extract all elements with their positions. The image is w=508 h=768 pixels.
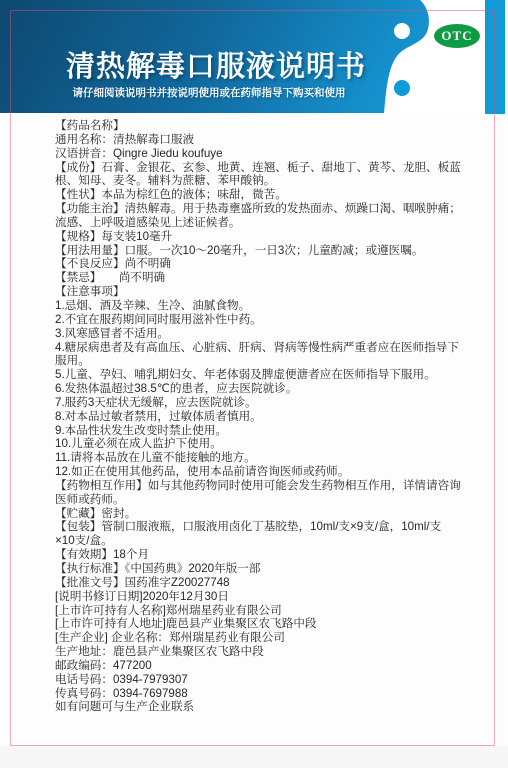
body-line: [上市许可持有人名称]郑州瑞星药业有限公司 <box>55 604 475 618</box>
leaflet-subtitle: 请仔细阅读说明书并按说明使用或在药师指导下购买和使用 <box>0 85 418 100</box>
body-line: 【规格】每支装10毫升 <box>55 230 475 244</box>
body-line: 生产地址：鹿邑县产业集聚区农飞路中段 <box>55 645 475 659</box>
body-line: 5.儿童、孕妇、哺乳期妇女、年老体弱及脾虚便溏者应在医师指导下服用。 <box>55 368 475 382</box>
drug-leaflet-page: { "header": { "title": "清热解毒口服液说明书", "su… <box>0 0 508 768</box>
body-line: 7.服药3天症状无缓解，应去医院就诊。 <box>55 396 475 410</box>
leaflet-body: 【药品名称】通用名称：清热解毒口服液汉语拼音：Qingre Jiedu kouf… <box>55 119 475 714</box>
body-line: 【注意事项】 <box>55 285 475 299</box>
page-bottom-margin <box>0 746 508 768</box>
otc-logo-label: OTC <box>441 28 472 44</box>
body-line: 【成份】石膏、金银花、玄参、地黄、连翘、栀子、甜地丁、黄芩、龙胆、板蓝 <box>55 161 475 175</box>
body-line: 6.发热体温超过38.5℃的患者，应去医院就诊。 <box>55 382 475 396</box>
body-line: 【用法用量】口服。一次10～20毫升，一日3次；儿童酌减；或遵医嘱。 <box>55 244 475 258</box>
header-right-accent-bar <box>485 0 505 114</box>
body-line: 电话号码：0394-7979307 <box>55 673 475 687</box>
body-line: 传真号码：0394-7697988 <box>55 687 475 701</box>
body-line: 8.对本品过敏者禁用，过敏体质者慎用。 <box>55 410 475 424</box>
body-line: 如有问题可与生产企业联系 <box>55 700 475 714</box>
body-line: [生产企业] 企业名称：郑州瑞星药业有限公司 <box>55 631 475 645</box>
body-line: 【性状】本品为棕红色的液体；味甜，微苦。 <box>55 188 475 202</box>
body-line: 【药物相互作用】如与其他药物同时使用可能会发生药物相互作用，详情请咨询 <box>55 479 475 493</box>
body-line: 【功能主治】清热解毒。用于热毒壅盛所致的发热面赤、烦躁口渴、咽喉肿痛； <box>55 202 475 216</box>
body-line: [说明书修订日期]2020年12月30日 <box>55 590 475 604</box>
body-line: [上市许可持有人地址]鹿邑县产业集聚区农飞路中段 <box>55 617 475 631</box>
body-line: 【不良反应】尚不明确 <box>55 257 475 271</box>
body-line: 4.糖尿病患者及有高血压、心脏病、肝病、肾病等慢性病严重者应在医师指导下 <box>55 341 475 355</box>
body-line: 1.忌烟、酒及辛辣、生冷、油腻食物。 <box>55 299 475 313</box>
body-line: 【贮藏】密封。 <box>55 507 475 521</box>
body-line: 服用。 <box>55 354 475 368</box>
body-line: 邮政编码：477200 <box>55 659 475 673</box>
body-line: 11.请将本品放在儿童不能接触的地方。 <box>55 451 475 465</box>
body-line: 3.风寒感冒者不适用。 <box>55 327 475 341</box>
body-line: 【批准文号】国药准字Z20027748 <box>55 576 475 590</box>
body-line: 根、知母、麦冬。辅料为蔗糖、苯甲酸钠。 <box>55 174 475 188</box>
body-line: 【执行标准】《中国药典》2020年版一部 <box>55 562 475 576</box>
body-line: 通用名称：清热解毒口服液 <box>55 133 475 147</box>
body-line: 【禁忌】 尚不明确 <box>55 271 475 285</box>
body-line: 9.本品性状发生改变时禁止使用。 <box>55 424 475 438</box>
body-line: 【有效期】18个月 <box>55 548 475 562</box>
body-line: 2.不宜在服药期间同时服用滋补性中药。 <box>55 313 475 327</box>
leaflet-title: 清热解毒口服液说明书 <box>0 44 432 85</box>
body-line: ×10支/盒。 <box>55 534 475 548</box>
body-line: 10.儿童必须在成人监护下使用。 <box>55 437 475 451</box>
body-line: 【药品名称】 <box>55 119 475 133</box>
body-line: 医师或药师。 <box>55 493 475 507</box>
body-line: 汉语拼音：Qingre Jiedu koufuye <box>55 147 475 161</box>
body-line: 【包装】管制口服液瓶，口服液用卤化丁基胶垫，10ml/支×9支/盒，10ml/支 <box>55 520 475 534</box>
body-line: 12.如正在使用其他药品，使用本品前请咨询医师或药师。 <box>55 465 475 479</box>
body-line: 流感、上呼吸道感染见上述证候者。 <box>55 216 475 230</box>
otc-logo: OTC <box>434 24 480 48</box>
